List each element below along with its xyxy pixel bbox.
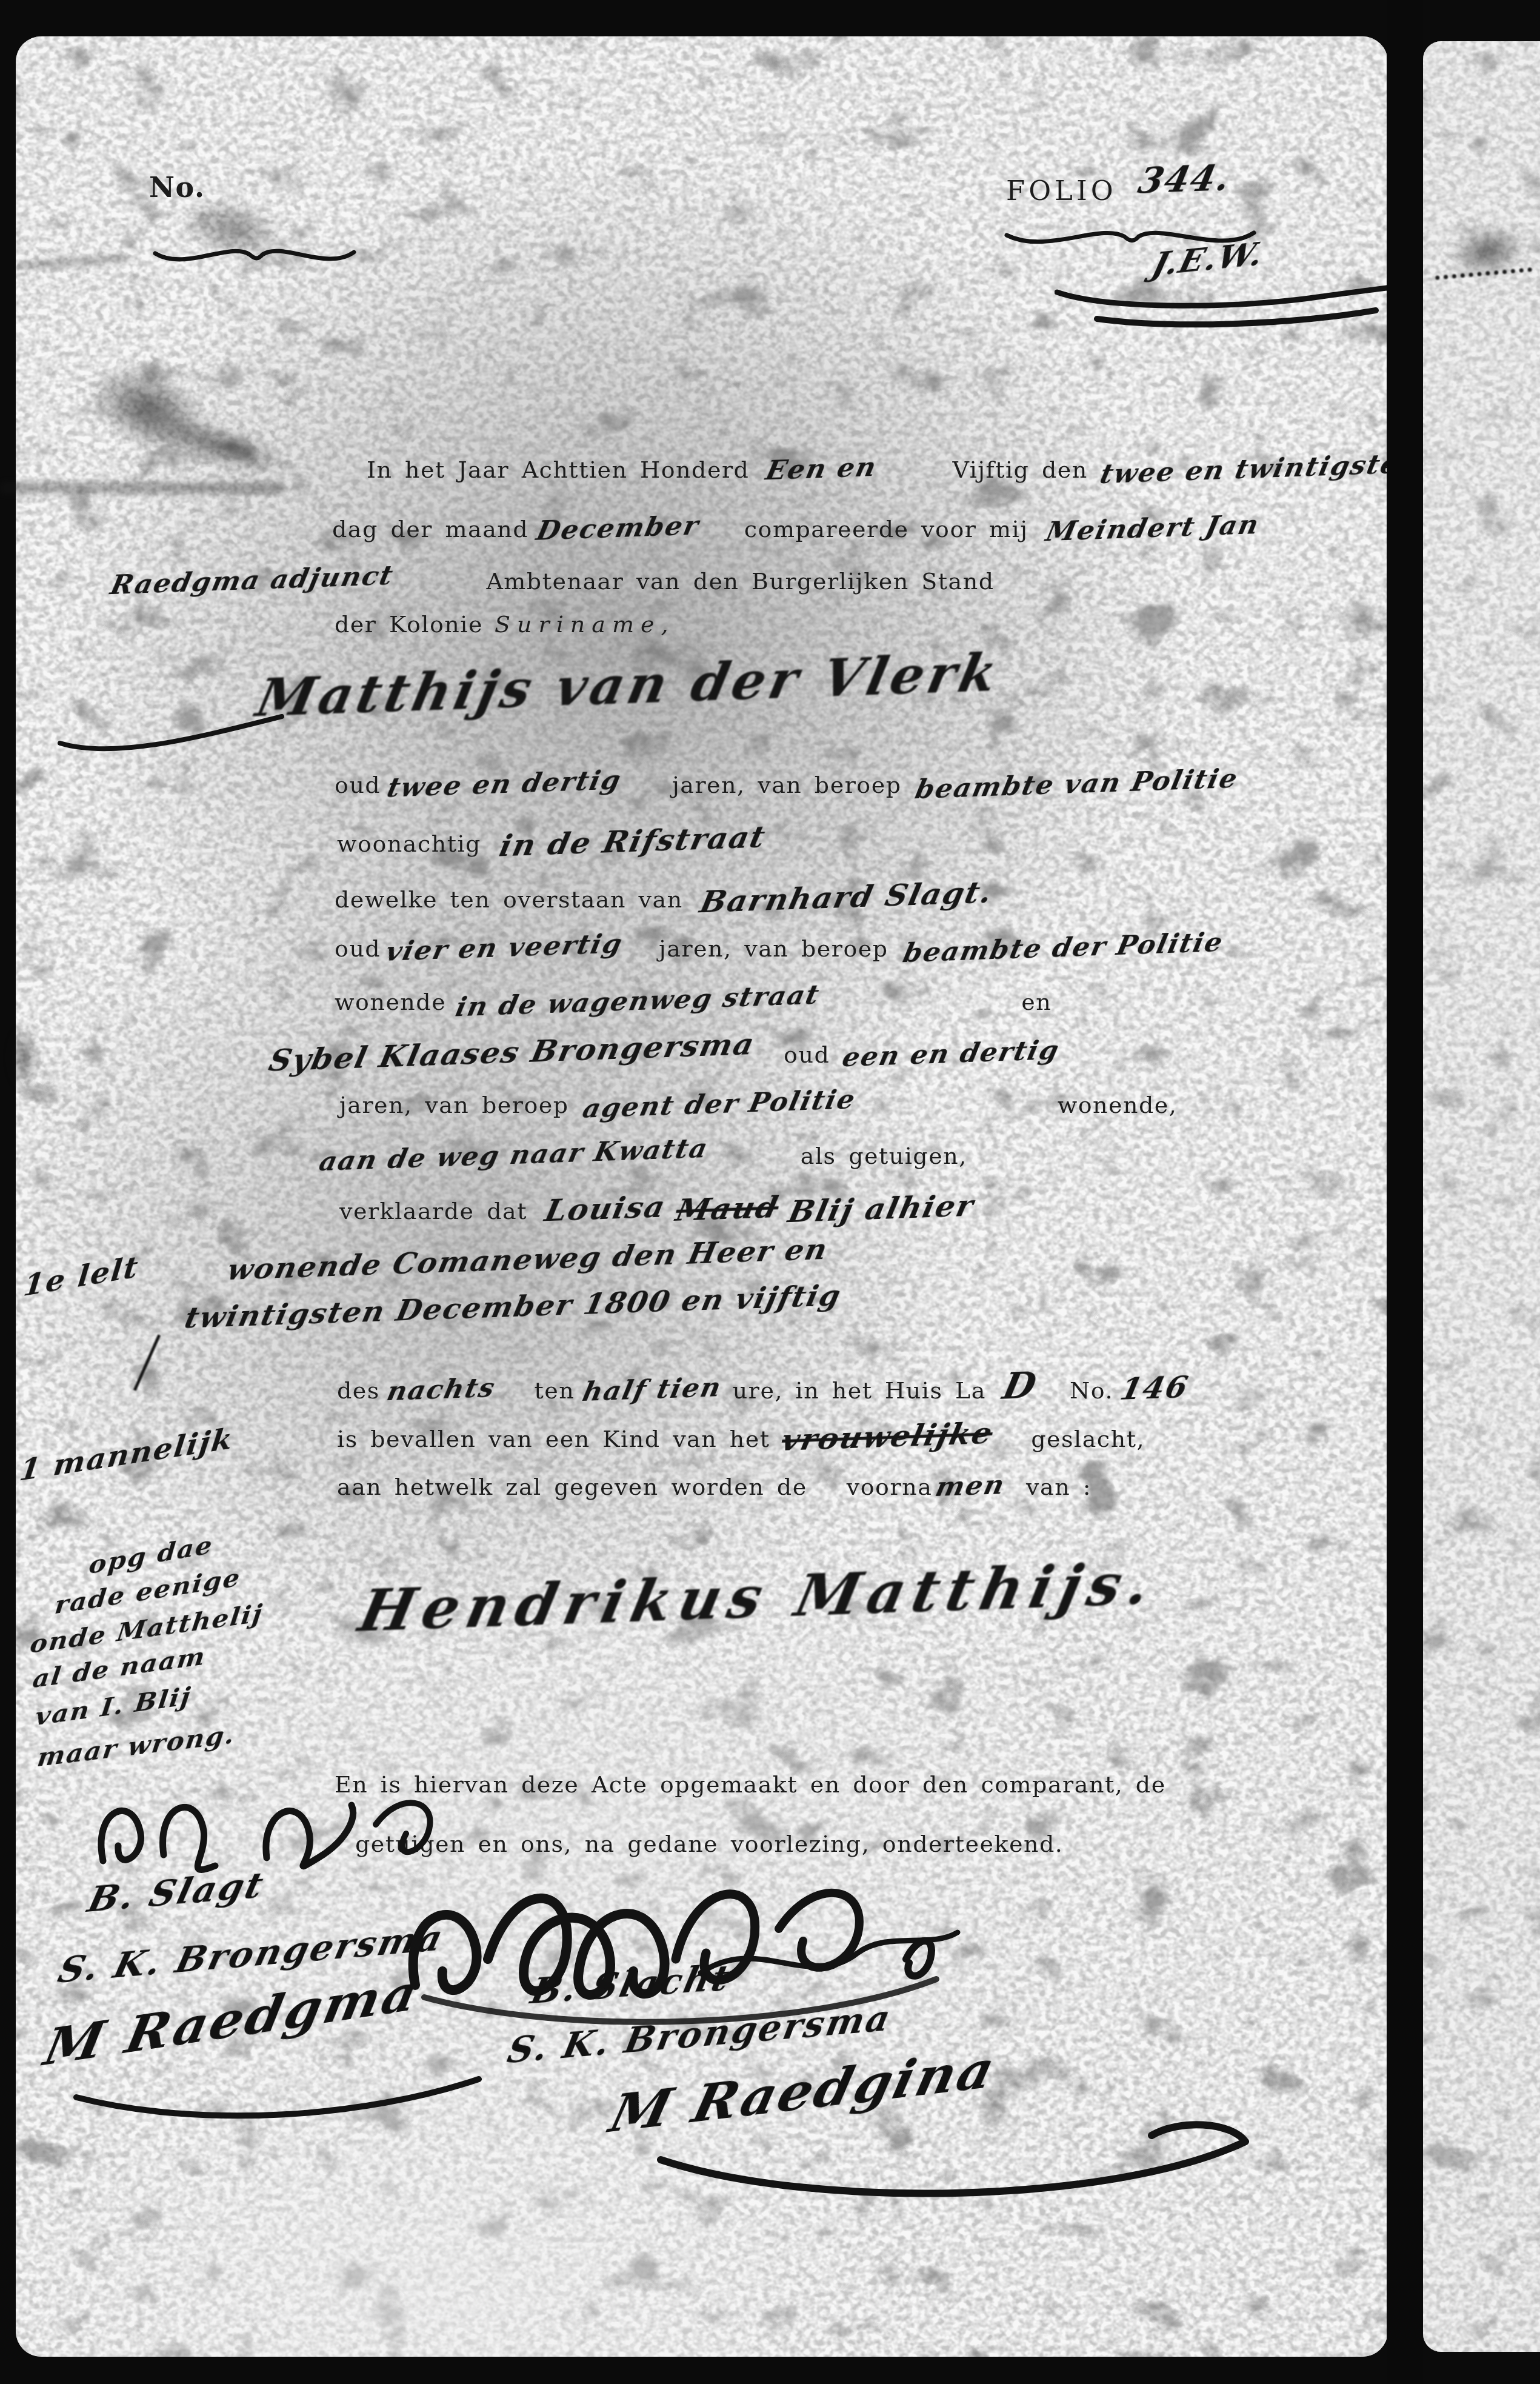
paper-texture xyxy=(16,36,1388,2357)
paper-texture-right xyxy=(1423,41,1540,2352)
adjacent-page-sliver xyxy=(1423,41,1540,2352)
book-gutter xyxy=(1387,0,1423,2384)
ink-streak xyxy=(0,482,285,494)
document-page xyxy=(16,36,1388,2357)
scan-shading xyxy=(16,36,1388,2357)
ink-smudge xyxy=(8,1024,39,1091)
